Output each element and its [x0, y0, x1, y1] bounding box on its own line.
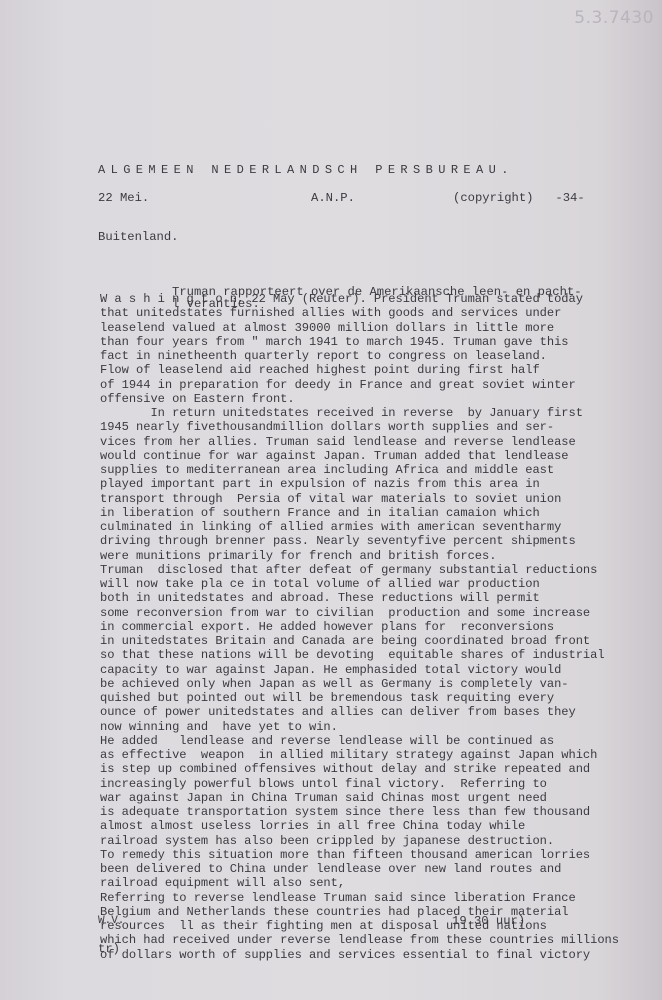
body-line: almost almost useless lorries in all fre… — [100, 819, 660, 833]
typist-mark: tr) — [98, 942, 120, 956]
body-line: so that these nations will be devoting e… — [100, 648, 660, 662]
author-initials: W.V. — [98, 914, 124, 928]
body-line: vices from her allies. Truman said lendl… — [100, 435, 660, 449]
body-line: is adequate transportation system since … — [100, 805, 660, 819]
article-body: W a s h i n g t o n, 22 May (Reuter). Pr… — [100, 292, 660, 962]
body-line: culminated in linking of allied armies w… — [100, 520, 660, 534]
body-line: fact in ninetheenth quarterly report to … — [100, 349, 660, 363]
bulletin-date: 22 Mei. — [98, 191, 149, 205]
body-line: been delivered to China under lendlease … — [100, 862, 660, 876]
body-line: now winning and have yet to win. — [100, 720, 660, 734]
dispatch-time: 19.30 uur) — [452, 914, 525, 928]
body-line: Referring to reverse lendlease Truman sa… — [100, 891, 660, 905]
body-line: quished but pointed out will be bremendo… — [100, 691, 660, 705]
body-line: will now take pla ce in total volume of … — [100, 577, 660, 591]
body-line: Belgium and Netherlands these countries … — [100, 905, 660, 919]
body-line: of 1944 in preparation for deedy in Fran… — [100, 378, 660, 392]
body-line: were munitions primarily for french and … — [100, 549, 660, 563]
body-line: increasingly powerful blows untol final … — [100, 777, 660, 791]
body-line: both in unitedstates and abroad. These r… — [100, 591, 660, 605]
copyright-page-number: (copyright) -34- — [453, 191, 585, 205]
body-line: railroad system has also been crippled b… — [100, 834, 660, 848]
body-line: of dollars worth of supplies and service… — [100, 948, 660, 962]
body-line: than four years from " march 1941 to mar… — [100, 335, 660, 349]
body-line: some reconversion from war to civilian p… — [100, 606, 660, 620]
body-line: in commercial export. He added however p… — [100, 620, 660, 634]
body-line: resources ll as their fighting men at di… — [100, 919, 660, 933]
agency-abbreviation: A.N.P. — [311, 191, 355, 205]
agency-name: ALGEMEEN NEDERLANDSCH PERSBUREAU. — [98, 163, 514, 177]
body-line: railroad equipment will also sent, — [100, 876, 660, 890]
body-line: 1945 nearly fivethousandmillion dollars … — [100, 420, 660, 434]
section-label: Buitenland. — [98, 230, 178, 244]
body-line: He added lendlease and reverse lendlease… — [100, 734, 660, 748]
body-line: that unitedstates furnished allies with … — [100, 306, 660, 320]
body-line: supplies to mediterranean area including… — [100, 463, 660, 477]
body-line: which had received under reverse lendlea… — [100, 933, 660, 947]
body-line: in liberation of southern France and in … — [100, 506, 660, 520]
body-line: played important part in expulsion of na… — [100, 477, 660, 491]
body-line: in unitedstates Britain and Canada are b… — [100, 634, 660, 648]
body-line: is step up combined offensives without d… — [100, 762, 660, 776]
body-line: leaselend valued at almost 39000 million… — [100, 321, 660, 335]
body-line: offensive on Eastern front. — [100, 392, 660, 406]
body-line: Flow of leaselend aid reached highest po… — [100, 363, 660, 377]
body-line: W a s h i n g t o n, 22 May (Reuter). Pr… — [100, 292, 660, 306]
body-line: capacity to war against Japan. He emphas… — [100, 663, 660, 677]
archive-number: 5.3.7430 — [574, 8, 654, 28]
body-line: war against Japan in China Truman said C… — [100, 791, 660, 805]
body-line: would continue for war against Japan. Tr… — [100, 449, 660, 463]
typewritten-news-bulletin: 5.3.7430 ALGEMEEN NEDERLANDSCH PERSBUREA… — [0, 0, 662, 1000]
body-line: In return unitedstates received in rever… — [100, 406, 660, 420]
body-line: be achieved only when Japan as well as G… — [100, 677, 660, 691]
body-line: Truman disclosed that after defeat of ge… — [100, 563, 660, 577]
body-line: To remedy this situation more than fifte… — [100, 848, 660, 862]
body-line: driving through brenner pass. Nearly sev… — [100, 534, 660, 548]
body-line: transport through Persia of vital war ma… — [100, 492, 660, 506]
body-line: ounce of power unitedstates and allies c… — [100, 705, 660, 719]
body-line: as effective weapon in allied military s… — [100, 748, 660, 762]
